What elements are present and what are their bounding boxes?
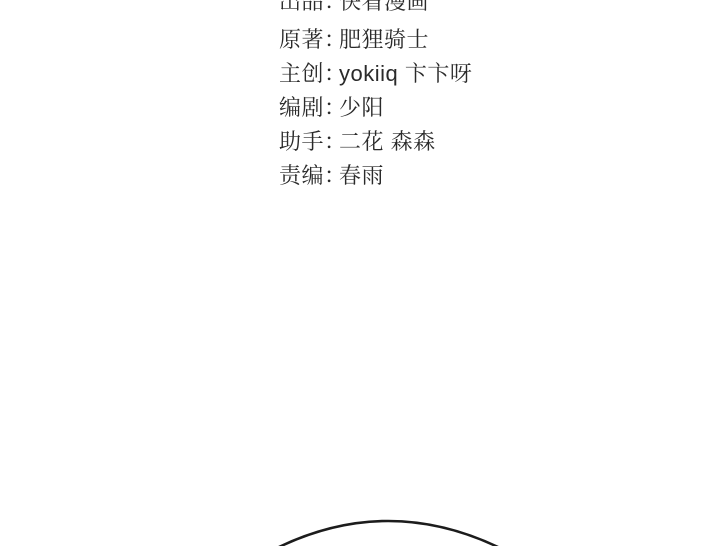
credit-label: 编剧 — [279, 96, 324, 120]
credit-label: 责编 — [279, 164, 324, 188]
comic-page: { "page": { "background_color": "#ffffff… — [0, 0, 720, 546]
artwork-arc-line — [279, 521, 498, 546]
credit-value: 春雨 — [339, 164, 384, 188]
credit-line-editor: 责编：春雨 — [279, 164, 384, 188]
credit-separator: ： — [324, 0, 339, 14]
credit-line-original-author: 原著：肥狸骑士 — [279, 28, 429, 52]
credit-label: 出品 — [279, 0, 324, 14]
credit-value: 少阳 — [339, 96, 384, 120]
credit-line-assistants: 助手：二花 森森 — [279, 130, 436, 154]
credit-value: 快看漫画 — [339, 0, 429, 14]
credit-value: 二花 森森 — [339, 130, 436, 154]
credit-line-publisher: 出品：快看漫画 — [279, 0, 429, 14]
credit-separator: ： — [324, 62, 339, 86]
credit-separator: ： — [324, 164, 339, 188]
credit-value: yokiiq 卞卞呀 — [339, 62, 472, 86]
credit-separator: ： — [324, 130, 339, 154]
credit-label: 主创 — [279, 62, 324, 86]
credit-line-screenwriter: 编剧：少阳 — [279, 96, 384, 120]
credit-line-lead-creator: 主创：yokiiq 卞卞呀 — [279, 62, 472, 86]
credit-label: 原著 — [279, 28, 324, 52]
credit-label: 助手 — [279, 130, 324, 154]
credit-value: 肥狸骑士 — [339, 28, 429, 52]
credit-separator: ： — [324, 96, 339, 120]
credit-separator: ： — [324, 28, 339, 52]
